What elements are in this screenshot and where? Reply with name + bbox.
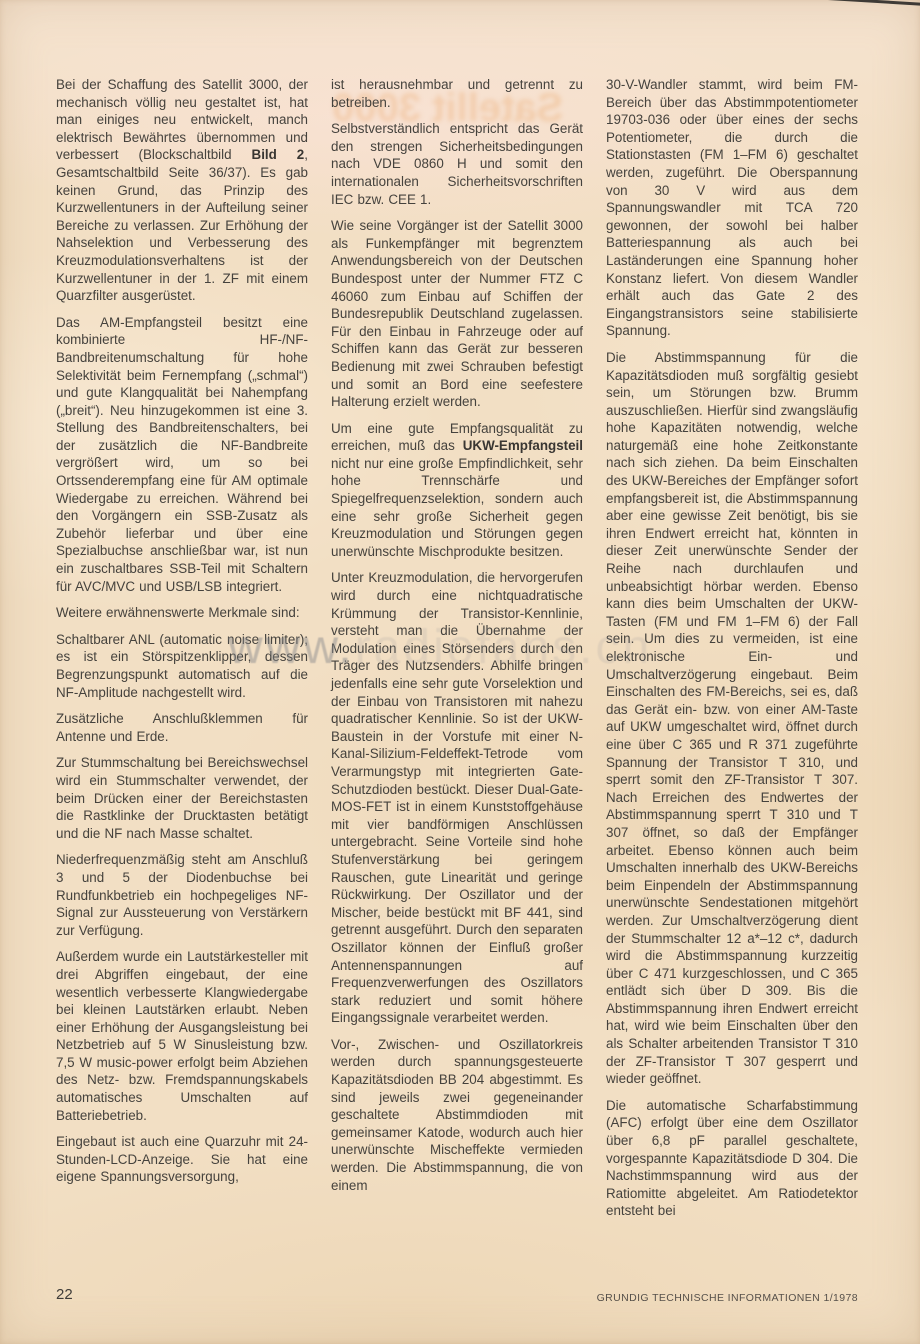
paragraph: Außerdem wurde ein Lautstärkesteller mit… [56, 948, 308, 1124]
text-run: Schaltbarer ANL (automatic noise limiter… [56, 632, 308, 700]
text-run: Selbstverständlich entspricht das Gerät … [331, 121, 583, 206]
paragraph: Schaltbarer ANL (automatic noise limiter… [56, 631, 308, 701]
paragraph: Unter Kreuzmodulation, die hervorgerufen… [331, 569, 583, 1026]
text-run: Wie seine Vorgänger ist der Satellit 300… [331, 218, 583, 409]
text-run: 30-V-Wandler stammt, wird beim FM-Bereic… [606, 77, 858, 338]
paragraph: ist herausnehmbar und getrennt zu betrei… [331, 76, 583, 111]
text-run: Vor-, Zwischen- und Oszillatorkreis werd… [331, 1037, 583, 1193]
paragraph: Die Abstimmspannung für die Kapazitätsdi… [606, 349, 858, 1088]
bold-text-run: Bild 2 [252, 147, 305, 162]
scan-edge-artifact [776, 0, 920, 5]
text-run: Außerdem wurde ein Lautstärkesteller mit… [56, 949, 308, 1122]
text-run: Die automatische Scharfabstimmung (AFC) … [606, 1098, 858, 1219]
text-column-2: ist herausnehmbar und getrennt zu betrei… [331, 76, 583, 1229]
paragraph: Selbstverständlich entspricht das Gerät … [331, 120, 583, 208]
page-number: 22 [56, 1286, 73, 1303]
paragraph: Vor-, Zwischen- und Oszillatorkreis werd… [331, 1036, 583, 1194]
text-run: Eingebaut ist auch eine Quarzuhr mit 24-… [56, 1134, 308, 1184]
text-run: Die Abstimmspannung für die Kapazitätsdi… [606, 350, 858, 1086]
scanned-journal-page: Satellit 3000 Bei der Schaffung des Sate… [0, 0, 920, 1344]
text-run: Unter Kreuzmodulation, die hervorgerufen… [331, 570, 583, 1025]
text-run: Das AM-Empfangsteil besitzt eine kombini… [56, 315, 308, 594]
text-columns: Bei der Schaffung des Satellit 3000, der… [56, 76, 858, 1229]
text-run: Zur Stummschaltung bei Bereichswechsel w… [56, 755, 308, 840]
paragraph: Um eine gute Empfangsqualität zu erreich… [331, 420, 583, 561]
paragraph: Das AM-Empfangsteil besitzt eine kombini… [56, 314, 308, 596]
text-column-1: Bei der Schaffung des Satellit 3000, der… [56, 76, 308, 1229]
paragraph: Niederfrequenzmäßig steht am Anschluß 3 … [56, 851, 308, 939]
text-run: Niederfrequenzmäßig steht am Anschluß 3 … [56, 852, 308, 937]
paragraph: Die automatische Scharfabstimmung (AFC) … [606, 1097, 858, 1220]
text-run: nicht nur eine große Empfindlichkeit, se… [331, 456, 583, 559]
text-run: , Gesamtschaltbild Seite 36/37). Es gab … [56, 147, 308, 303]
text-run: ist herausnehmbar und getrennt zu betrei… [331, 77, 583, 110]
paragraph: Wie seine Vorgänger ist der Satellit 300… [331, 217, 583, 411]
text-run: Zusätzliche Anschlußklemmen für Antenne … [56, 711, 308, 744]
text-run: Weitere erwähnenswerte Merkmale sind: [56, 605, 300, 620]
paragraph: Zur Stummschaltung bei Bereichswechsel w… [56, 754, 308, 842]
paragraph: 30-V-Wandler stammt, wird beim FM-Bereic… [606, 76, 858, 340]
paragraph: Zusätzliche Anschlußklemmen für Antenne … [56, 710, 308, 745]
paragraph: Weitere erwähnenswerte Merkmale sind: [56, 604, 308, 622]
journal-footer-line: GRUNDIG TECHNISCHE INFORMATIONEN 1/1978 [597, 1292, 858, 1304]
paragraph: Eingebaut ist auch eine Quarzuhr mit 24-… [56, 1133, 308, 1186]
bold-text-run: UKW-Empfangsteil [463, 438, 583, 453]
paragraph: Bei der Schaffung des Satellit 3000, der… [56, 76, 308, 305]
text-column-3: 30-V-Wandler stammt, wird beim FM-Bereic… [606, 76, 858, 1229]
